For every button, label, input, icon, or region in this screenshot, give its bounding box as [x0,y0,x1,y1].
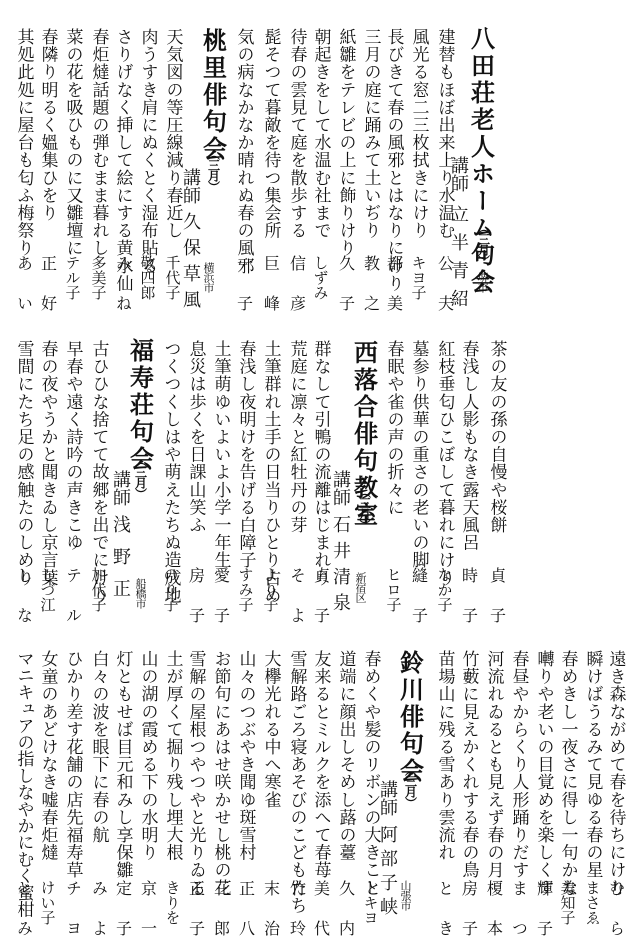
poem-author: 榎 本 [484,880,503,940]
haiku-page: 八田荘老人ホーム句会 （三月） 堺市 講師 立半青紹 建替もほぼ出来上り水温む … [0,0,628,943]
poem: 風光る窓二三枚拭きにけり [409,28,428,239]
poem-author: 敬四郎 [138,255,157,300]
poem: 灯ともせば目元和みし享保雛 [113,650,132,879]
poem-author: まさゑ [583,880,602,925]
poem-author: 貞 子 [487,567,506,627]
teacher-name-nishiochiai: 石井清泉 [327,515,353,619]
poem-author: 美知子 [558,880,577,925]
poem-author: なか子 [435,567,454,612]
poem-author: 京 一 [138,880,157,940]
poem-author: 時 子 [459,567,478,627]
poem: 肉うすき肩にぬくとく湿布貼る [138,28,157,274]
poem: 土筆萌ゆいよいよ小学一年生 [211,340,230,569]
teacher-label-nishiochiai: 講師 [327,470,353,506]
poem-author: 千代子 [163,255,182,300]
poem: 茶の友の孫の自慢や桜餅 [487,340,506,534]
poem-author: あ い [14,255,33,315]
poem-author: より子 [261,567,280,612]
poem-author: 多美子 [89,255,108,300]
poem-author: 縫 子 [409,567,428,627]
poem-author: 正 好 [38,255,57,315]
poem: 女童のあどけなき嘘春炬燵 [38,650,57,861]
poem-author: トキヨ [361,880,380,925]
teacher-name-fukuju: 浅野正 [107,515,133,611]
poem-author: み ね [113,255,132,315]
poem-author: し な [14,567,33,627]
poem: 待春の雲見て庭を散歩する [287,28,306,239]
poem: 春眠や雀の声の折々に [384,340,403,516]
poem-author: 貞 子 [311,567,330,627]
poem: 友来るとミルクを添へて春苺 [311,650,330,879]
section-city-fukuju: 船橋市 [134,578,146,608]
poem-author: きりを [163,880,182,925]
poem: お節句にあはせ咲かせし桃の花 [211,650,230,896]
poem: 春めくや髪のリボンの大きこと [361,650,380,896]
poem-author: 房 子 [186,567,205,627]
poem: 気の病なかなか晴れぬ春の風邪 [234,28,253,274]
poem: 苗場山に残る雪あり雲流れ [435,650,454,861]
poem-author: のり子 [161,567,180,612]
poem: ひかり差す花舗の店先福寿草 [63,650,82,879]
poem-author: 愛 子 [211,567,230,627]
poem: 菜の花を吸ひものに又雛壇に [63,28,82,257]
poem-author: ま つ [509,880,528,940]
poem: 土筆群れ土手の日当りひとり占め [261,340,280,604]
poem: 山の湖の霞める下の水明り [138,650,157,861]
poem-author: み よ [89,880,108,940]
teacher-label-fukuju: 講師 [107,470,133,506]
poem: 春昼やからくり人形踊りだす [509,650,528,879]
poem: 春めきし一夜さに得し一句かな [558,650,577,896]
poem: 荒庭に凛々と紅牡丹の芽 [287,340,306,534]
poem-author: ヒロ子 [384,567,403,612]
poem: 道端に顔出しそめし蕗の薹 [336,650,355,861]
poem: 春浅し夜明けを告げる白障子 [236,340,255,569]
poem: さりげなく挿して絵にする黄水仙 [113,28,132,292]
section-month-nishiochiai: （三月） [357,486,374,530]
poem-author: 巨 峰 [261,255,280,315]
poem: 春の夜やうかと聞きゐし京言葉 [38,340,57,586]
poem: 雪間にたち足の感触たのしめり [14,340,33,586]
poem-author: 正 子 [186,880,205,940]
poem-author: キヨ子 [409,255,428,300]
poem-author: 三 郎 [211,880,230,940]
poem: つくつくしはや萌えたちぬ造成地 [161,340,180,604]
poem: 建替もほぼ出来上り水温む [435,28,454,239]
section-city-tori: 横浜市 [202,262,214,292]
poem-author: 信 彦 [287,255,306,315]
poem-author: 正 八 [236,880,255,940]
section-title-tori: 桃里俳句会 [196,28,231,163]
poem: 紅枝垂匂ひこぼして暮れにけり [435,340,454,586]
poem-author: すみ子 [236,567,255,612]
poem: 古ひひな捨てて故郷を出でにけり [89,340,108,604]
poem-author: 房 子 [459,880,478,940]
poem: 雪解路ごろ寝あそびのこどもたち [287,650,306,914]
section-city-suzukawa: 山張市 [399,880,411,910]
poem: 長びきて春の風邪とはなりにけり [384,28,403,292]
poem: 遠き森ながめて春を待ちにけり [606,650,625,896]
poem-author: チ ヨ [63,880,82,940]
poem: 天気図の等圧線減り春近し [163,28,182,239]
poem-author: 加代子 [89,567,108,612]
section-city-nishiochiai: 新宿区 [354,572,366,602]
poem-author: 都 美 [384,255,403,315]
poem-author: 定 子 [113,880,132,940]
poem-author: しずみ [311,255,330,300]
poem: マニキュアの指しなやかにむく蜜柑 [14,650,33,917]
poem: 三月の庭に踊みて土いぢり [361,28,380,239]
poem-author: 久 子 [336,255,355,315]
poem: 大欅光れる中へ寒雀 [261,650,280,808]
poem: 囀りや老いの目覚めを楽しくす [534,650,553,896]
poem-author: 公 夫 [435,255,454,315]
poem: 群なして引鴨の流離はじまれり [311,340,330,586]
poem-author: 美 代 [311,880,330,940]
poem: 春隣り明るく媼集ひをり [38,28,57,222]
poem-author: 輝 子 [534,880,553,940]
poem: 雪解の屋根つやつやと光りゐる [186,650,205,896]
poem-author: しづ江 [38,567,57,612]
section-month-tori: （三月） [206,148,223,192]
poem-author: む ら [606,880,625,940]
section-title-fukuju: 福寿荘句会 [123,338,158,473]
poem-author: と き [435,880,454,940]
poem: 瞬けばうるみて見ゆる春の星 [583,650,602,879]
poem-author: テ ル [63,567,82,627]
poem-author: 教 之 [361,255,380,315]
section-month-suzukawa: （三月） [403,764,420,808]
poem: 山々のつぶやき聞ゆ斑雪村 [236,650,255,861]
poem: 土が厚くて掘り残し埋大根 [163,650,182,861]
poem: 髭そつて暮敵を待つ集会所 [261,28,280,239]
poem-author: 末 治 [261,880,280,940]
section-month-fukuju: （三月） [133,455,150,499]
poem: 朝起きをして水温む社まで [311,28,330,239]
poem-author: テル子 [63,255,82,300]
poem: 白々の波を眼下に春の航 [89,650,108,844]
poem: 竹藪に見えかくれする春の鳥 [459,650,478,879]
section-city-hatta: 堺市 [476,272,488,292]
section-month-hatta: （三月） [476,222,493,266]
poem: 墓参り供華の重さの老いの脚 [409,340,428,569]
poem: 其処此処に屋台も匂ふ梅祭り [14,28,33,257]
poem: 早春や遠く詩吟の声きこゆ [63,340,82,551]
poem-author: 竹 玲 [287,880,306,940]
poem: 春炬燵話題の弾むまま暮れし [89,28,108,257]
poem-author: そ よ [287,567,306,627]
poem: 春浅し人影もなき露天風呂 [459,340,478,551]
poem: 息災は歩くを日課山笑ふ [186,340,205,534]
poem: 紙雛をテレビの上に飾りけり [336,28,355,257]
poem-author: けい子 [38,880,57,925]
poem-author: 一 子 [234,255,253,315]
poem: 河流れゐるとも見えず春の月 [484,650,503,879]
poem-author: 久 内 [336,880,355,940]
poem-author: と み [14,880,33,940]
